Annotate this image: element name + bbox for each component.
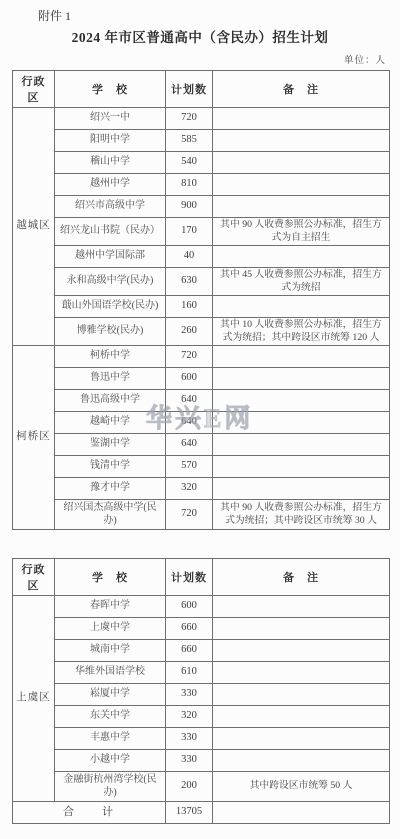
plan-number-cell: 660 <box>166 640 213 662</box>
school-name-cell: 绍兴龙山书院（民办） <box>55 218 166 246</box>
plan-number-cell: 720 <box>166 346 213 368</box>
plan-number-cell: 570 <box>166 456 213 478</box>
school-name-cell: 金融街杭州湾学校(民办) <box>55 772 166 802</box>
plan-number-cell: 720 <box>166 108 213 130</box>
table-row: 东关中学320 <box>13 706 390 728</box>
column-header-district: 行政区 <box>13 559 55 596</box>
table-row: 金融街杭州湾学校(民办)200其中跨设区市统筹 50 人 <box>13 772 390 802</box>
attachment-label: 附件 1 <box>38 7 71 24</box>
remark-cell <box>213 596 390 618</box>
table-row: 越州中学810 <box>13 174 390 196</box>
remark-cell: 其中 45 人收费参照公办标准，招生方式为统招 <box>213 268 390 296</box>
district-cell: 越城区 <box>13 108 55 346</box>
plan-number-cell: 720 <box>166 500 213 530</box>
remark-cell <box>213 456 390 478</box>
school-name-cell: 绍兴一中 <box>55 108 166 130</box>
plan-number-cell: 610 <box>166 662 213 684</box>
school-name-cell: 越州中学国际部 <box>55 246 166 268</box>
school-name-cell: 绍兴市高级中学 <box>55 196 166 218</box>
total-remark-cell <box>213 802 390 824</box>
remark-cell <box>213 662 390 684</box>
table-row: 蕺山外国语学校(民办)160 <box>13 296 390 318</box>
plan-number-cell: 320 <box>166 706 213 728</box>
column-header-plan: 计划数 <box>166 559 213 596</box>
school-name-cell: 越州中学 <box>55 174 166 196</box>
remark-cell <box>213 390 390 412</box>
remark-cell: 其中 90 人收费参照公办标准，招生方式为自主招生 <box>213 218 390 246</box>
plan-number-cell: 260 <box>166 318 213 346</box>
table-row: 稽山中学540 <box>13 152 390 174</box>
table-row: 上虞中学660 <box>13 618 390 640</box>
remark-cell <box>213 346 390 368</box>
table-row: 小越中学330 <box>13 750 390 772</box>
column-header-district: 行政区 <box>13 71 55 108</box>
district-cell: 上虞区 <box>13 596 55 802</box>
remark-cell: 其中 10 人收费参照公办标准，招生方式为统招；其中跨设区市统筹 120 人 <box>213 318 390 346</box>
school-name-cell: 鲁迅中学 <box>55 368 166 390</box>
column-header-remark: 备 注 <box>213 71 390 108</box>
plan-number-cell: 540 <box>166 152 213 174</box>
remark-cell <box>213 640 390 662</box>
school-name-cell: 小越中学 <box>55 750 166 772</box>
enrollment-table-yuecheng-keqiao: 行政区 学 校 计划数 备 注 越城区绍兴一中720阳明中学585稽山中学540… <box>12 70 390 530</box>
header-row: 行政区 学 校 计划数 备 注 <box>13 71 390 108</box>
remark-cell <box>213 706 390 728</box>
plan-number-cell: 660 <box>166 618 213 640</box>
page-title: 2024 年市区普通高中（含民办）招生计划 <box>0 26 400 46</box>
remark-cell: 其中跨设区市统筹 50 人 <box>213 772 390 802</box>
header-row: 行政区 学 校 计划数 备 注 <box>13 559 390 596</box>
table-row: 华维外国语学校610 <box>13 662 390 684</box>
plan-number-cell: 640 <box>166 412 213 434</box>
column-header-school: 学 校 <box>55 559 166 596</box>
school-name-cell: 华维外国语学校 <box>55 662 166 684</box>
table-row: 丰惠中学330 <box>13 728 390 750</box>
enrollment-table-shangyu: 行政区 学 校 计划数 备 注 上虞区春晖中学600上虞中学660城南中学660… <box>12 558 390 824</box>
plan-number-cell: 630 <box>166 268 213 296</box>
table-row: 豫才中学320 <box>13 478 390 500</box>
remark-cell <box>213 174 390 196</box>
plan-number-cell: 40 <box>166 246 213 268</box>
table-row: 钱清中学570 <box>13 456 390 478</box>
school-name-cell: 阳明中学 <box>55 130 166 152</box>
table-row: 柯桥区柯桥中学720 <box>13 346 390 368</box>
table-row: 绍兴国杰高级中学(民办)720其中 90 人收费参照公办标准，招生方式为统招；其… <box>13 500 390 530</box>
document-page: 附件 1 2024 年市区普通高中（含民办）招生计划 单位：人 行政区 学 校 … <box>0 0 400 839</box>
table-row: 鲁迅中学600 <box>13 368 390 390</box>
school-name-cell: 钱清中学 <box>55 456 166 478</box>
school-name-cell: 鉴湖中学 <box>55 434 166 456</box>
plan-number-cell: 810 <box>166 174 213 196</box>
table-row: 上虞区春晖中学600 <box>13 596 390 618</box>
table-row: 永和高级中学(民办)630其中 45 人收费参照公办标准，招生方式为统招 <box>13 268 390 296</box>
table-row: 鉴湖中学640 <box>13 434 390 456</box>
unit-label: 单位：人 <box>344 52 386 66</box>
plan-number-cell: 900 <box>166 196 213 218</box>
school-name-cell: 越崎中学 <box>55 412 166 434</box>
school-name-cell: 蕺山外国语学校(民办) <box>55 296 166 318</box>
remark-cell <box>213 130 390 152</box>
total-label-cell: 合 计 <box>13 802 166 824</box>
school-name-cell: 丰惠中学 <box>55 728 166 750</box>
column-header-school: 学 校 <box>55 71 166 108</box>
remark-cell <box>213 478 390 500</box>
school-name-cell: 崧厦中学 <box>55 684 166 706</box>
table-row: 越崎中学640 <box>13 412 390 434</box>
remark-cell <box>213 434 390 456</box>
table-row: 城南中学660 <box>13 640 390 662</box>
remark-cell <box>213 750 390 772</box>
remark-cell <box>213 412 390 434</box>
plan-number-cell: 585 <box>166 130 213 152</box>
table-row: 阳明中学585 <box>13 130 390 152</box>
remark-cell <box>213 618 390 640</box>
plan-number-cell: 160 <box>166 296 213 318</box>
remark-cell <box>213 296 390 318</box>
total-row: 合 计13705 <box>13 802 390 824</box>
school-name-cell: 豫才中学 <box>55 478 166 500</box>
school-name-cell: 稽山中学 <box>55 152 166 174</box>
table-row: 崧厦中学330 <box>13 684 390 706</box>
plan-number-cell: 200 <box>166 772 213 802</box>
remark-cell <box>213 108 390 130</box>
school-name-cell: 上虞中学 <box>55 618 166 640</box>
plan-number-cell: 600 <box>166 368 213 390</box>
school-name-cell: 绍兴国杰高级中学(民办) <box>55 500 166 530</box>
school-name-cell: 东关中学 <box>55 706 166 728</box>
remark-cell: 其中 90 人收费参照公办标准，招生方式为统招；其中跨设区市统筹 30 人 <box>213 500 390 530</box>
table-row: 越城区绍兴一中720 <box>13 108 390 130</box>
plan-number-cell: 330 <box>166 684 213 706</box>
column-header-remark: 备 注 <box>213 559 390 596</box>
plan-number-cell: 170 <box>166 218 213 246</box>
table-row: 绍兴龙山书院（民办）170其中 90 人收费参照公办标准，招生方式为自主招生 <box>13 218 390 246</box>
plan-number-cell: 320 <box>166 478 213 500</box>
remark-cell <box>213 152 390 174</box>
plan-number-cell: 330 <box>166 728 213 750</box>
school-name-cell: 鲁迅高级中学 <box>55 390 166 412</box>
plan-number-cell: 330 <box>166 750 213 772</box>
remark-cell <box>213 368 390 390</box>
plan-number-cell: 600 <box>166 596 213 618</box>
plan-number-cell: 640 <box>166 434 213 456</box>
table-row: 鲁迅高级中学640 <box>13 390 390 412</box>
remark-cell <box>213 196 390 218</box>
remark-cell <box>213 246 390 268</box>
remark-cell <box>213 728 390 750</box>
school-name-cell: 柯桥中学 <box>55 346 166 368</box>
school-name-cell: 博雅学校(民办) <box>55 318 166 346</box>
column-header-plan: 计划数 <box>166 71 213 108</box>
school-name-cell: 永和高级中学(民办) <box>55 268 166 296</box>
total-value-cell: 13705 <box>166 802 213 824</box>
remark-cell <box>213 684 390 706</box>
plan-number-cell: 640 <box>166 390 213 412</box>
table-row: 绍兴市高级中学900 <box>13 196 390 218</box>
school-name-cell: 春晖中学 <box>55 596 166 618</box>
table-row: 越州中学国际部40 <box>13 246 390 268</box>
school-name-cell: 城南中学 <box>55 640 166 662</box>
district-cell: 柯桥区 <box>13 346 55 530</box>
table-row: 博雅学校(民办)260其中 10 人收费参照公办标准，招生方式为统招；其中跨设区… <box>13 318 390 346</box>
